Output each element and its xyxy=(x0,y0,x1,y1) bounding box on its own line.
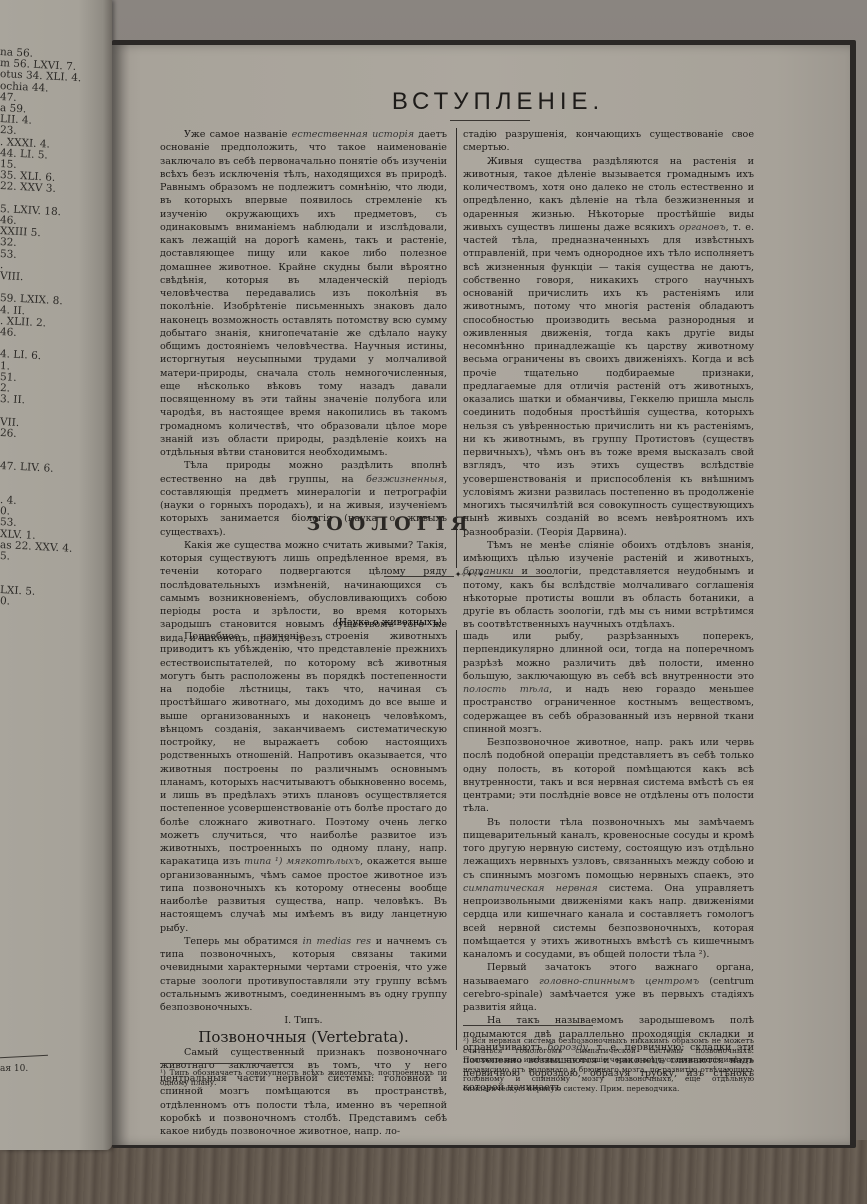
footnote-left: ¹) Типъ обозначаетъ совокупность всѣхъ ж… xyxy=(160,1068,447,1087)
wooden-table-edge xyxy=(0,1140,867,1204)
footnote-rule-left xyxy=(160,1063,290,1064)
column-divider-lower xyxy=(456,630,457,1050)
index-entry: 46. xyxy=(0,326,17,339)
paragraph: стадію разрушенія, кончающихъ существова… xyxy=(463,128,754,155)
section-title: ЗООЛОГІЯ xyxy=(240,513,540,535)
gutter-shadow xyxy=(112,45,130,1145)
paragraph: Подробное изученіе строенія животныхъ пр… xyxy=(160,630,447,935)
index-entry: 3. II. xyxy=(0,393,25,406)
left-page-rule xyxy=(0,1055,48,1059)
paragraph: Въ полости тѣла позвоночныхъ мы замѣчаем… xyxy=(463,816,754,962)
emphasized-term: безжизненныя xyxy=(366,474,444,485)
index-entry: VIII. xyxy=(0,270,24,283)
emphasized-term: головно-спиннымъ центромъ xyxy=(539,976,699,987)
index-entry: 0. xyxy=(0,595,10,608)
type-title: Позвоночныя (Vertebrata). xyxy=(160,1028,447,1046)
paragraph: шадь или рыбу, разрѣзанныхъ поперекъ, пе… xyxy=(463,630,754,736)
column-divider xyxy=(456,128,457,568)
emphasized-term: полость тѣла xyxy=(463,684,549,695)
emphasized-term: in medias res xyxy=(303,936,371,947)
paragraph: Какія же существа можно считать живыми? … xyxy=(160,539,447,645)
paragraph: Живыя существа раздѣляются на растенія и… xyxy=(463,155,754,539)
left-facing-page: ая 10. na 56.m 56. LXVI. 7.otus 34. XLI.… xyxy=(0,0,112,1150)
paragraph: Уже самое названіе естественная исторія … xyxy=(160,128,447,459)
index-entry: 26. xyxy=(0,427,17,440)
type-number: I. Типъ. xyxy=(160,1014,447,1027)
footnote-right: ²) Вся нервная система безпозвоночныхъ н… xyxy=(463,1036,754,1093)
emphasized-term: естественная исторія xyxy=(292,129,414,140)
intro-column-right: стадію разрушенія, кончающихъ существова… xyxy=(463,128,754,632)
paragraph: Первый зачатокъ этого важнаго органа, на… xyxy=(463,961,754,1014)
index-entry: as 22. XXV. 4. xyxy=(0,539,73,555)
section-subtitle: (Наука о животныхъ). xyxy=(240,617,540,628)
emphasized-term: органовъ xyxy=(679,222,726,233)
index-entry: 22. XXV 3. xyxy=(0,180,56,195)
footnote-rule-right xyxy=(463,1025,593,1026)
emphasized-term: симпатическая нервная xyxy=(463,883,598,894)
index-entry: 47. LIV. 6. xyxy=(0,460,54,475)
paragraph: Самый существенный признакъ позвоночнаго… xyxy=(160,1046,447,1139)
left-page-footer: ая 10. xyxy=(0,1064,28,1074)
section-ornament: ✦✧✦✧✦ xyxy=(384,572,554,580)
paragraph: Безпозвоночное животное, напр. ракъ или … xyxy=(463,736,754,816)
emphasized-term: типа ¹) мягкотѣлыхъ xyxy=(244,856,360,867)
paragraph: Теперь мы обратимся in medias res и начн… xyxy=(160,935,447,1015)
page-title: ВСТУПЛЕНІЕ. xyxy=(348,88,648,116)
index-entry: 5. xyxy=(0,550,10,563)
zoology-column-left: Подробное изученіе строенія животныхъ пр… xyxy=(160,630,447,1138)
title-underline xyxy=(450,120,530,121)
intro-column-left: Уже самое названіе естественная исторія … xyxy=(160,128,447,645)
